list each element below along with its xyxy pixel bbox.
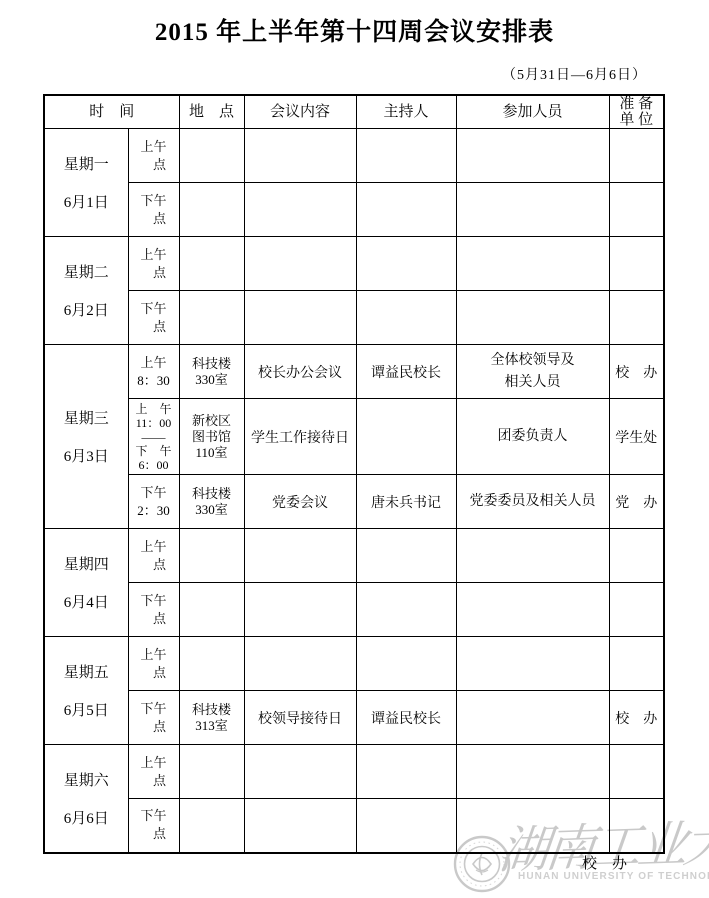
host-cell (356, 291, 456, 345)
table-row: 上 午11：00——下 午6：00新校区图书馆110室学生工作接待日团委负责人学… (44, 399, 664, 475)
time-line: 下午 (129, 192, 179, 210)
content-cell: 校长办公会议 (244, 345, 356, 399)
time-line: 点 (129, 264, 179, 282)
time-line: 下午 (129, 807, 179, 825)
content-cell (244, 291, 356, 345)
time-line: 点 (129, 210, 179, 228)
header-prep-line1: 准 备 (610, 96, 664, 112)
schedule-body: 星期一6月1日上午点下午点星期二6月2日上午点下午点星期三6月3日上午8：30科… (44, 129, 664, 853)
day-date: 6月1日 (45, 191, 128, 212)
location-line: 图书馆 (180, 429, 244, 445)
prep-cell (609, 529, 664, 583)
header-content: 会议内容 (244, 95, 356, 129)
prep-cell (609, 129, 664, 183)
time-line: 上午 (129, 538, 179, 556)
location-cell (179, 291, 244, 345)
table-row: 星期六6月6日上午点 (44, 745, 664, 799)
time-line: 点 (129, 556, 179, 574)
footer-prep-label: 校 办 (582, 852, 627, 873)
table-row: 星期四6月4日上午点 (44, 529, 664, 583)
location-line: 313室 (180, 718, 244, 734)
prep-cell: 学生处 (609, 399, 664, 475)
host-cell: 谭益民校长 (356, 345, 456, 399)
participants-cell (456, 799, 609, 853)
content-cell (244, 237, 356, 291)
content-line: 校长办公会议 (245, 362, 356, 382)
page-title: 2015 年上半年第十四周会议安排表 (0, 12, 709, 48)
location-line: 110室 (180, 445, 244, 461)
day-date: 6月3日 (45, 445, 128, 466)
host-cell (356, 399, 456, 475)
time-line: 下午 (129, 700, 179, 718)
location-cell: 科技楼330室 (179, 475, 244, 529)
prep-line: 学生处 (610, 427, 664, 447)
time-cell: 下午点 (128, 799, 179, 853)
prep-cell: 校 办 (609, 345, 664, 399)
location-cell: 科技楼330室 (179, 345, 244, 399)
location-cell (179, 529, 244, 583)
time-line: 点 (129, 156, 179, 174)
content-cell (244, 583, 356, 637)
content-cell (244, 799, 356, 853)
table-row: 下午点 (44, 291, 664, 345)
prep-line: 校 办 (610, 362, 664, 382)
host-cell (356, 529, 456, 583)
day-cell: 星期一6月1日 (44, 129, 128, 237)
location-line: 330室 (180, 372, 244, 388)
content-cell (244, 745, 356, 799)
participants-cell (456, 129, 609, 183)
prep-cell (609, 637, 664, 691)
location-line: 科技楼 (180, 356, 244, 372)
participants-cell (456, 691, 609, 745)
time-line: 上午 (129, 246, 179, 264)
participants-line: 相关人员 (457, 372, 609, 394)
host-cell: 唐未兵书记 (356, 475, 456, 529)
day-cell: 星期六6月6日 (44, 745, 128, 853)
time-cell: 下午点 (128, 291, 179, 345)
content-line: 校领导接待日 (245, 708, 356, 728)
content-line: 学生工作接待日 (245, 427, 356, 447)
time-cell: 上午点 (128, 129, 179, 183)
day-date: 6月4日 (45, 591, 128, 612)
time-cell: 下午点 (128, 583, 179, 637)
host-cell (356, 237, 456, 291)
location-cell (179, 745, 244, 799)
prep-cell (609, 745, 664, 799)
time-line: 下 午 (129, 444, 179, 458)
prep-cell: 党 办 (609, 475, 664, 529)
participants-line: 全体校领导及 (457, 350, 609, 372)
host-cell (356, 637, 456, 691)
location-cell (179, 183, 244, 237)
content-cell (244, 183, 356, 237)
location-cell (179, 237, 244, 291)
time-line: 上午 (129, 646, 179, 664)
participants-cell (456, 291, 609, 345)
time-line: 下午 (129, 300, 179, 318)
participants-cell: 全体校领导及相关人员 (456, 345, 609, 399)
location-line: 新校区 (180, 413, 244, 429)
day-name: 星期六 (45, 769, 128, 790)
host-cell (356, 129, 456, 183)
day-cell: 星期五6月5日 (44, 637, 128, 745)
day-date: 6月6日 (45, 807, 128, 828)
time-cell: 上午点 (128, 237, 179, 291)
location-cell (179, 129, 244, 183)
prep-line: 校 办 (610, 708, 664, 728)
header-host: 主持人 (356, 95, 456, 129)
table-row: 星期一6月1日上午点 (44, 129, 664, 183)
day-cell: 星期三6月3日 (44, 345, 128, 529)
time-cell: 上午点 (128, 745, 179, 799)
time-line: 2：30 (129, 502, 179, 520)
day-name: 星期五 (45, 661, 128, 682)
participants-cell (456, 183, 609, 237)
participants-cell (456, 637, 609, 691)
participants-line: 党委委员及相关人员 (457, 491, 609, 513)
day-date: 6月5日 (45, 699, 128, 720)
host-cell (356, 745, 456, 799)
table-row: 下午点 (44, 183, 664, 237)
participants-cell (456, 745, 609, 799)
time-line: 6：00 (129, 458, 179, 472)
host-cell (356, 583, 456, 637)
table-row: 星期二6月2日上午点 (44, 237, 664, 291)
header-prep-line2: 单 位 (610, 112, 664, 128)
day-date: 6月2日 (45, 299, 128, 320)
prep-line: 党 办 (610, 492, 664, 512)
prep-cell: 校 办 (609, 691, 664, 745)
content-cell (244, 529, 356, 583)
location-line: 330室 (180, 502, 244, 518)
time-line: 点 (129, 718, 179, 736)
location-cell: 新校区图书馆110室 (179, 399, 244, 475)
header-time: 时 间 (44, 95, 179, 129)
table-row: 星期三6月3日上午8：30科技楼330室校长办公会议谭益民校长全体校领导及相关人… (44, 345, 664, 399)
day-name: 星期四 (45, 553, 128, 574)
header-prep-unit: 准 备 单 位 (609, 95, 664, 129)
prep-cell (609, 291, 664, 345)
time-line: 上 午 (129, 402, 179, 416)
time-cell: 上午点 (128, 637, 179, 691)
header-row: 时 间 地 点 会议内容 主持人 参加人员 准 备 单 位 (44, 95, 664, 129)
time-line: 8：30 (129, 372, 179, 390)
location-cell (179, 799, 244, 853)
time-cell: 上 午11：00——下 午6：00 (128, 399, 179, 475)
participants-cell (456, 237, 609, 291)
content-cell (244, 637, 356, 691)
table-row: 星期五6月5日上午点 (44, 637, 664, 691)
prep-cell (609, 237, 664, 291)
time-line: 上午 (129, 138, 179, 156)
time-cell: 下午点 (128, 691, 179, 745)
host-cell (356, 799, 456, 853)
host-line: 谭益民校长 (357, 362, 456, 382)
content-cell: 学生工作接待日 (244, 399, 356, 475)
host-cell (356, 183, 456, 237)
table-row: 下午点 (44, 799, 664, 853)
location-cell: 科技楼313室 (179, 691, 244, 745)
content-cell: 党委会议 (244, 475, 356, 529)
content-cell: 校领导接待日 (244, 691, 356, 745)
time-line: 上午 (129, 354, 179, 372)
day-name: 星期一 (45, 153, 128, 174)
day-name: 星期二 (45, 261, 128, 282)
participants-cell: 团委负责人 (456, 399, 609, 475)
content-line: 党委会议 (245, 492, 356, 512)
time-line: —— (129, 430, 179, 444)
day-cell: 星期四6月4日 (44, 529, 128, 637)
prep-cell (609, 583, 664, 637)
time-line: 点 (129, 772, 179, 790)
table-row: 下午点科技楼313室校领导接待日谭益民校长校 办 (44, 691, 664, 745)
time-cell: 上午点 (128, 529, 179, 583)
time-line: 点 (129, 825, 179, 843)
time-cell: 上午8：30 (128, 345, 179, 399)
host-line: 谭益民校长 (357, 708, 456, 728)
content-cell (244, 129, 356, 183)
time-cell: 下午点 (128, 183, 179, 237)
table-row: 下午点 (44, 583, 664, 637)
location-line: 科技楼 (180, 702, 244, 718)
day-cell: 星期二6月2日 (44, 237, 128, 345)
time-line: 点 (129, 318, 179, 336)
location-line: 科技楼 (180, 486, 244, 502)
time-line: 点 (129, 664, 179, 682)
participants-cell (456, 583, 609, 637)
participants-cell: 党委委员及相关人员 (456, 475, 609, 529)
table-row: 下午2：30科技楼330室党委会议唐未兵书记党委委员及相关人员党 办 (44, 475, 664, 529)
participants-line: 团委负责人 (457, 426, 609, 448)
host-cell: 谭益民校长 (356, 691, 456, 745)
time-line: 下午 (129, 592, 179, 610)
time-line: 下午 (129, 484, 179, 502)
prep-cell (609, 799, 664, 853)
time-line: 点 (129, 610, 179, 628)
time-line: 上午 (129, 754, 179, 772)
host-line: 唐未兵书记 (357, 492, 456, 512)
header-participants: 参加人员 (456, 95, 609, 129)
schedule-table: 时 间 地 点 会议内容 主持人 参加人员 准 备 单 位 星期一6月1日上午点… (43, 94, 665, 854)
time-cell: 下午2：30 (128, 475, 179, 529)
day-name: 星期三 (45, 407, 128, 428)
location-cell (179, 583, 244, 637)
time-line: 11：00 (129, 416, 179, 430)
prep-cell (609, 183, 664, 237)
participants-cell (456, 529, 609, 583)
location-cell (179, 637, 244, 691)
header-location: 地 点 (179, 95, 244, 129)
date-range: （5月31日—6月6日） (502, 64, 647, 84)
